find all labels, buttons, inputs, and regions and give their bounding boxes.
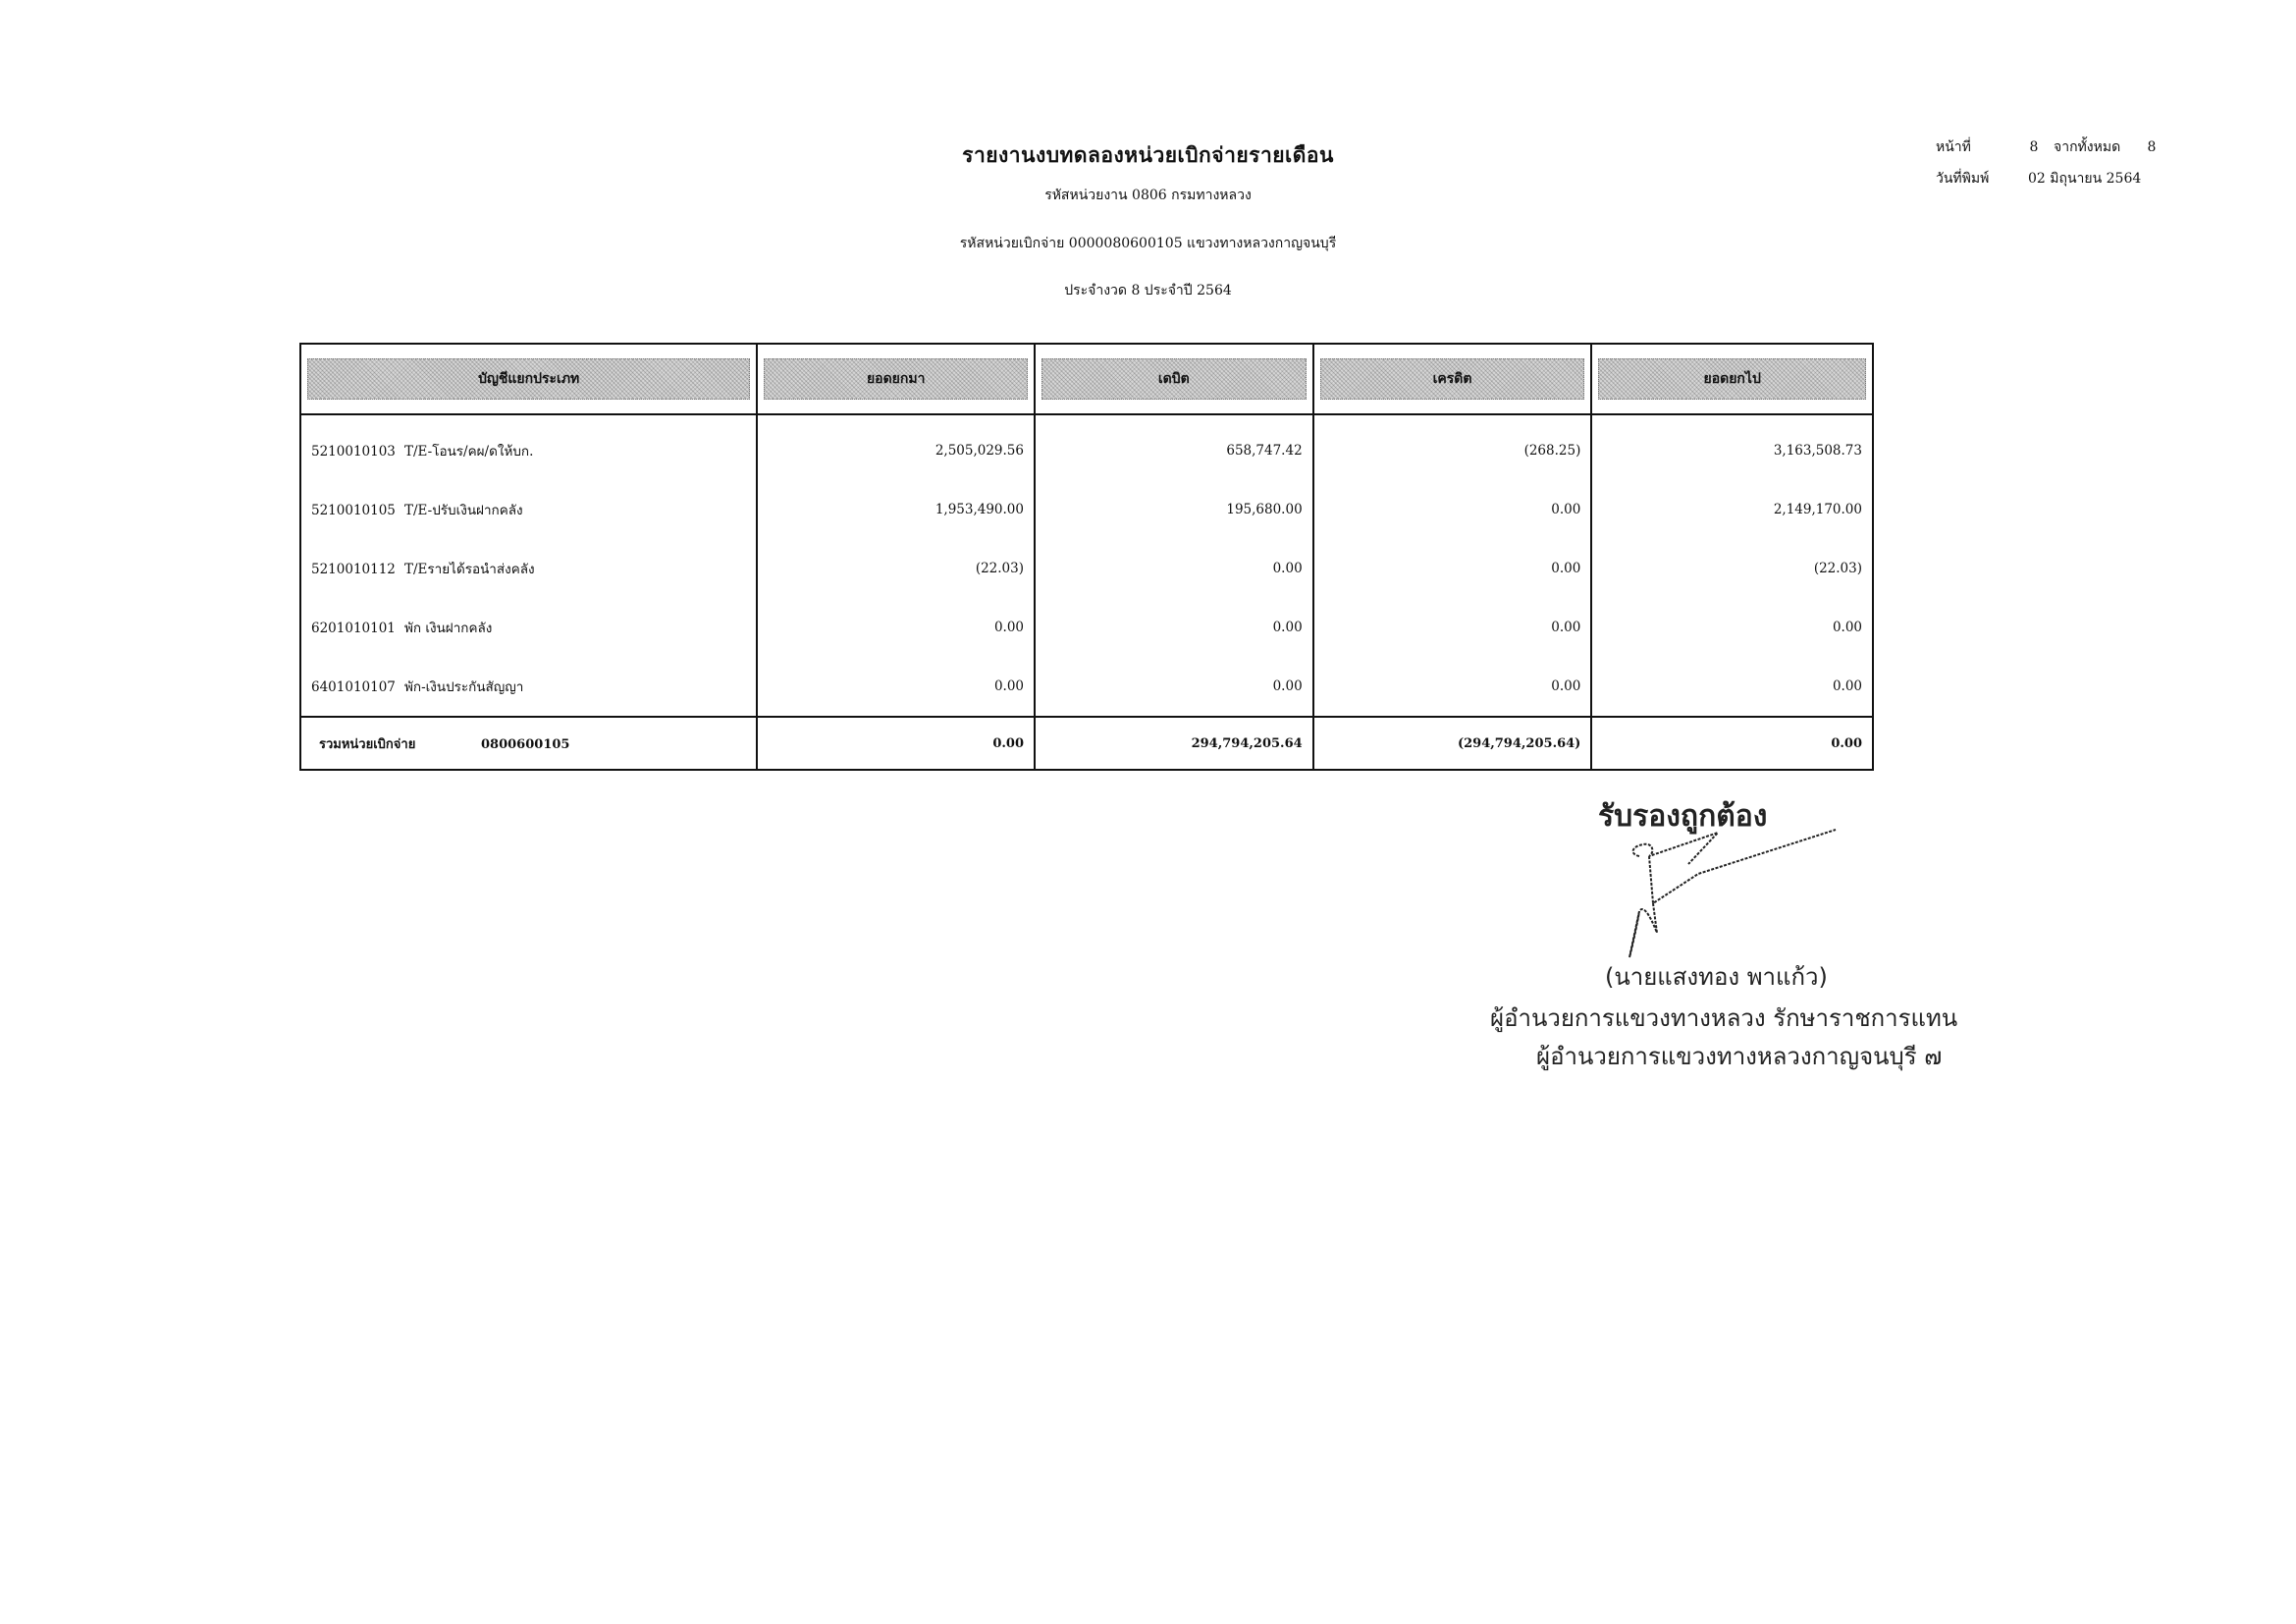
brought-forward-cell: 2,505,029.56 — [757, 414, 1035, 480]
table-row: 6201010101พัก เงินฝากคลัง 0.00 0.00 0.00… — [300, 598, 1873, 657]
total-label-cell: รวมหน่วยเบิกจ่าย0800600105 — [300, 717, 757, 770]
disbursing-unit-line: รหัสหน่วยเบิกจ่าย 0000080600105 แขวงทางห… — [0, 233, 2296, 254]
carried-forward-cell: 0.00 — [1591, 657, 1873, 717]
debit-cell: 0.00 — [1035, 657, 1313, 717]
total-carried-forward: 0.00 — [1591, 717, 1873, 770]
credit-cell: 0.00 — [1313, 657, 1592, 717]
table-row: 6401010107พัก-เงินประกันสัญญา 0.00 0.00 … — [300, 657, 1873, 717]
total-pages: 8 — [2142, 139, 2162, 155]
brought-forward-cell: 0.00 — [757, 657, 1035, 717]
credit-cell: 0.00 — [1313, 539, 1592, 598]
carried-forward-cell: (22.03) — [1591, 539, 1873, 598]
page-info: หน้าที่8จากทั้งหมด8 — [1936, 136, 2162, 158]
col-header-credit: เครดิต — [1313, 344, 1592, 414]
carried-forward-cell: 3,163,508.73 — [1591, 414, 1873, 480]
account-cell: 6201010101พัก เงินฝากคลัง — [300, 598, 757, 657]
account-cell: 5210010103T/E-โอนร/คผ/ดให้บก. — [300, 414, 757, 480]
of-total-label: จากทั้งหมด — [2054, 136, 2142, 158]
print-date-label: วันที่พิมพ์ — [1936, 168, 2014, 189]
page-label: หน้าที่ — [1936, 136, 2014, 158]
page-number: 8 — [2014, 139, 2054, 155]
table-row: 5210010112T/Eรายได้รอนำส่งคลัง (22.03) 0… — [300, 539, 1873, 598]
signer-name: (นายแสงทอง พาแก้ว) — [1605, 957, 1828, 996]
table-row: 5210010105T/E-ปรับเงินฝากคลัง 1,953,490.… — [300, 480, 1873, 539]
credit-cell: 0.00 — [1313, 598, 1592, 657]
total-row: รวมหน่วยเบิกจ่าย0800600105 0.00 294,794,… — [300, 717, 1873, 770]
period-line: ประจำงวด 8 ประจำปี 2564 — [0, 280, 2296, 301]
brought-forward-cell: (22.03) — [757, 539, 1035, 598]
signer-position-line2: ผู้อำนวยการแขวงทางหลวงกาญจนบุรี ๗ — [1536, 1037, 1942, 1075]
print-date: 02 มิถุนายน 2564 — [2014, 168, 2141, 189]
account-cell: 6401010107พัก-เงินประกันสัญญา — [300, 657, 757, 717]
credit-cell: (268.25) — [1313, 414, 1592, 480]
debit-cell: 0.00 — [1035, 598, 1313, 657]
debit-cell: 195,680.00 — [1035, 480, 1313, 539]
carried-forward-cell: 2,149,170.00 — [1591, 480, 1873, 539]
table-row: 5210010103T/E-โอนร/คผ/ดให้บก. 2,505,029.… — [300, 414, 1873, 480]
brought-forward-cell: 0.00 — [757, 598, 1035, 657]
col-header-brought-forward: ยอดยกมา — [757, 344, 1035, 414]
brought-forward-cell: 1,953,490.00 — [757, 480, 1035, 539]
credit-cell: 0.00 — [1313, 480, 1592, 539]
table-header-row: บัญชีแยกประเภท ยอดยกมา เดบิต เครดิต ยอดย… — [300, 344, 1873, 414]
col-header-debit: เดบิต — [1035, 344, 1313, 414]
total-brought-forward: 0.00 — [757, 717, 1035, 770]
signer-position-line1: ผู้อำนวยการแขวงทางหลวง รักษาราชการแทน — [1490, 999, 1957, 1037]
debit-cell: 0.00 — [1035, 539, 1313, 598]
debit-cell: 658,747.42 — [1035, 414, 1313, 480]
total-credit: (294,794,205.64) — [1313, 717, 1592, 770]
col-header-account: บัญชีแยกประเภท — [300, 344, 757, 414]
account-cell: 5210010112T/Eรายได้รอนำส่งคลัง — [300, 539, 757, 598]
total-debit: 294,794,205.64 — [1035, 717, 1313, 770]
col-header-carried-forward: ยอดยกไป — [1591, 344, 1873, 414]
handwritten-signature — [1610, 795, 1865, 962]
account-cell: 5210010105T/E-ปรับเงินฝากคลัง — [300, 480, 757, 539]
trial-balance-table: บัญชีแยกประเภท ยอดยกมา เดบิต เครดิต ยอดย… — [299, 343, 1874, 771]
print-date-info: วันที่พิมพ์02 มิถุนายน 2564 — [1936, 168, 2141, 189]
carried-forward-cell: 0.00 — [1591, 598, 1873, 657]
